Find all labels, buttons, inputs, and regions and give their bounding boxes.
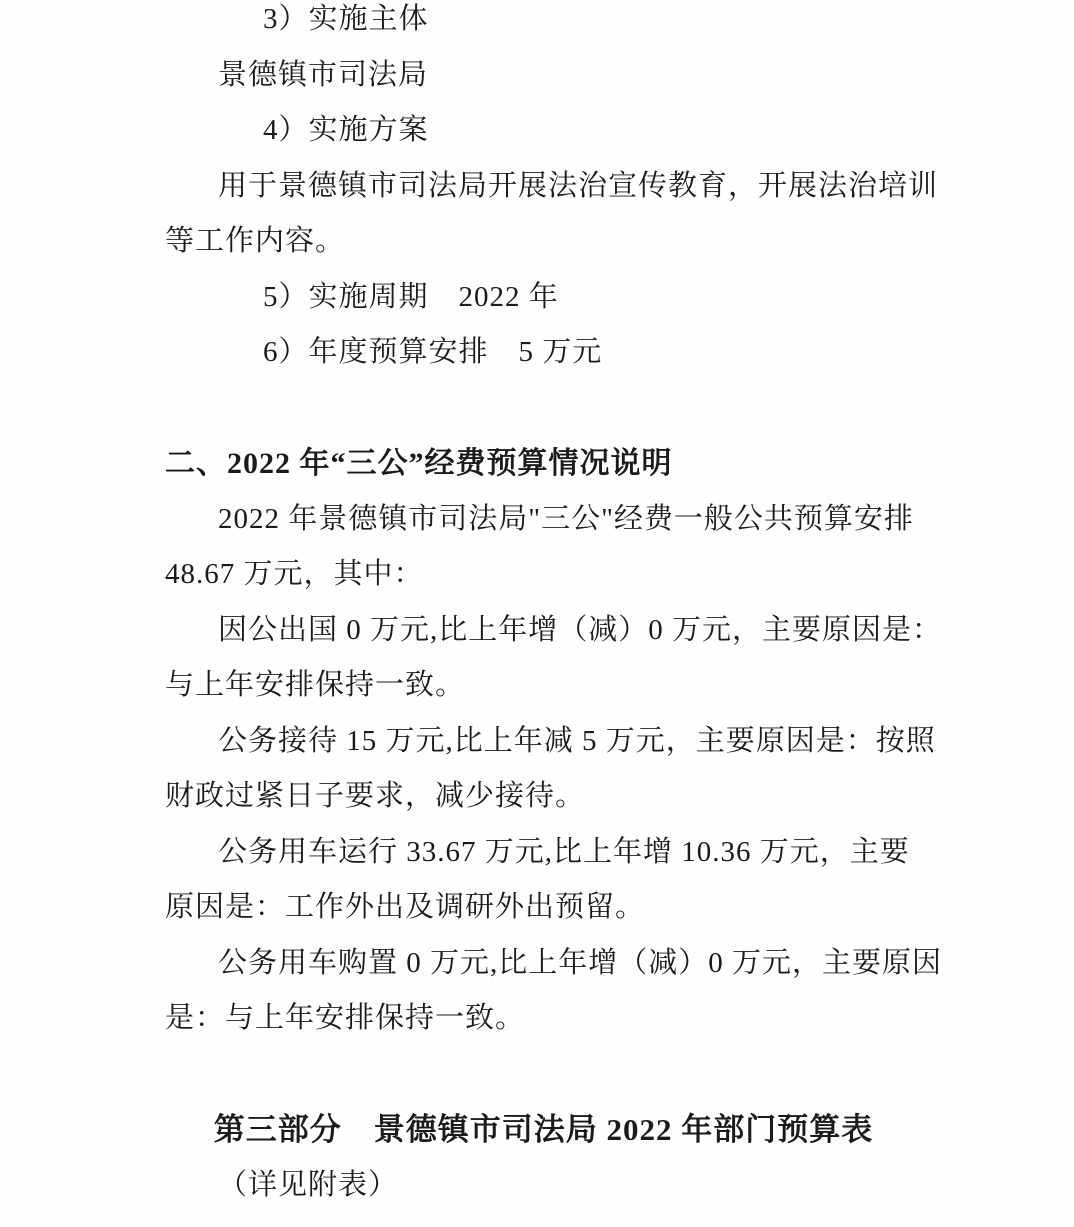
list-item-5-implementation-period: 5）实施周期 2022 年 (165, 270, 922, 326)
para-plan-description-line1: 用于景德镇市司法局开展法治宣传教育，开展法治培训 (165, 159, 922, 215)
heading-sangong-budget-note: 二、2022 年“三公”经费预算情况说明 (165, 436, 922, 492)
document-content: 3）实施主体 景德镇市司法局 4）实施方案 用于景德镇市司法局开展法治宣传教育，… (165, 0, 922, 1213)
para-vehicle-operation-line2: 原因是：工作外出及调研外出预留。 (165, 880, 922, 936)
list-item-3-implementing-body: 3）实施主体 (165, 0, 922, 48)
para-plan-description-line2: 等工作内容。 (165, 214, 922, 270)
heading-part3-budget-tables: 第三部分 景德镇市司法局 2022 年部门预算表 (165, 1102, 922, 1158)
para-abroad-line1: 因公出国 0 万元,比上年增（减）0 万元，主要原因是： (165, 603, 922, 659)
para-reception-line2: 财政过紧日子要求，减少接待。 (165, 769, 922, 825)
para-abroad-line2: 与上年安排保持一致。 (165, 658, 922, 714)
document-page: 3）实施主体 景德镇市司法局 4）实施方案 用于景德镇市司法局开展法治宣传教育，… (0, 0, 1074, 1227)
para-sangong-total-line2: 48.67 万元，其中： (165, 547, 922, 603)
para-vehicle-purchase-line2: 是：与上年安排保持一致。 (165, 991, 922, 1047)
list-item-4-implementation-plan: 4）实施方案 (165, 103, 922, 159)
section-gap (165, 381, 922, 437)
para-see-attached-tables: （详见附表） (165, 1158, 922, 1214)
value-implementing-agency: 景德镇市司法局 (165, 48, 922, 104)
section-gap (165, 1047, 922, 1103)
para-vehicle-operation-line1: 公务用车运行 33.67 万元,比上年增 10.36 万元，主要 (165, 825, 922, 881)
para-reception-line1: 公务接待 15 万元,比上年减 5 万元，主要原因是：按照 (165, 714, 922, 770)
para-vehicle-purchase-line1: 公务用车购置 0 万元,比上年增（减）0 万元，主要原因 (165, 936, 922, 992)
para-sangong-total-line1: 2022 年景德镇市司法局"三公"经费一般公共预算安排 (165, 492, 922, 548)
list-item-6-annual-budget: 6）年度预算安排 5 万元 (165, 325, 922, 381)
